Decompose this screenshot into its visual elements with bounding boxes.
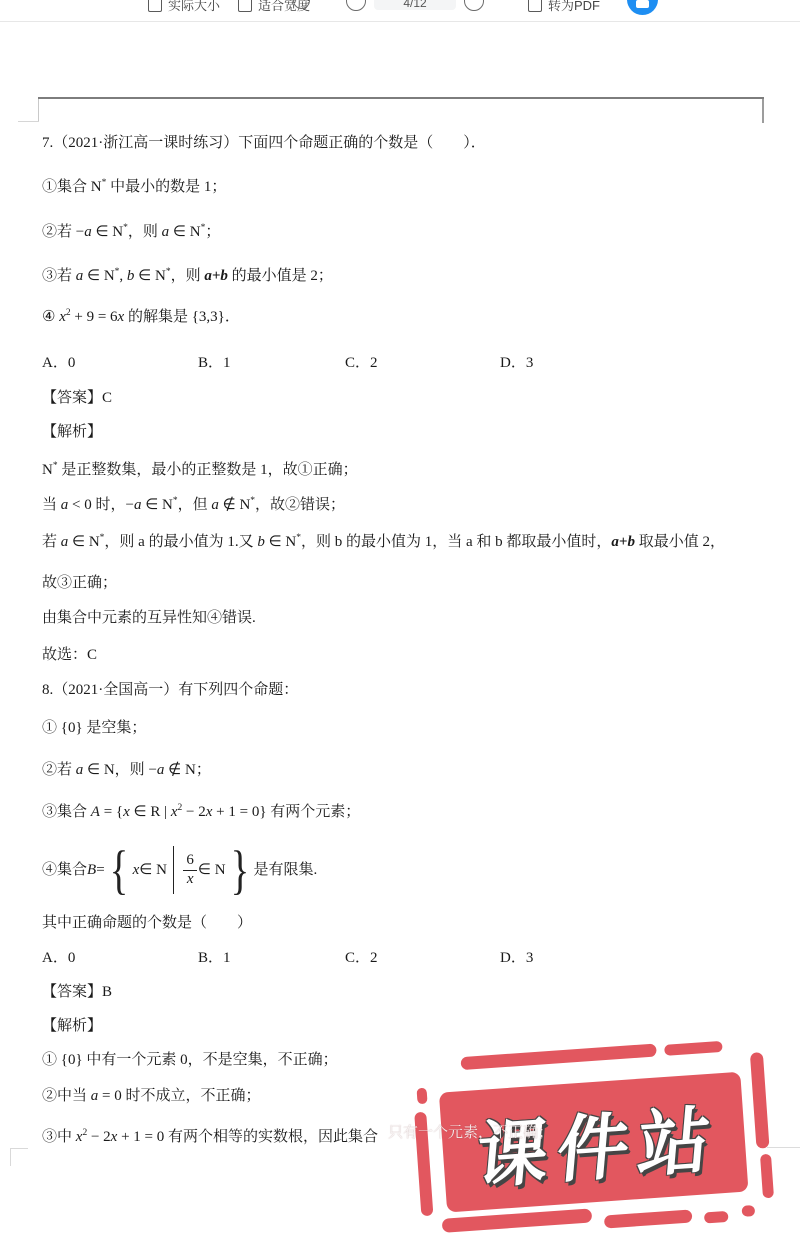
zoom-in-button[interactable] <box>464 0 484 11</box>
viewer-toolbar: 实际大小 适合宽度 4/12 转为PDF <box>0 0 800 22</box>
stamp-border-stroke <box>704 1211 729 1224</box>
page-frame-left-tick <box>38 99 39 122</box>
q7-answer-label: 【答案】 <box>42 390 102 406</box>
q7-answer-value: C <box>102 390 112 406</box>
document-viewer: 实际大小 适合宽度 4/12 转为PDF 7.（2021·浙江高一课时练习）下面… <box>0 0 800 1250</box>
q8-item-3: ③集合 A = {x ∈ R | x2 − 2x + 1 = 0} 有两个元素； <box>42 798 360 822</box>
q7-item-4: ④ x2 + 9 = 6x 的解集是 {3,3}． <box>42 303 240 327</box>
stamp-border-stroke <box>417 1088 428 1105</box>
q8-option-c: C．2 <box>345 948 378 968</box>
q8-analysis-3: ③中 x2 − 2x + 1 = 0 有两个相等的实数根，因此集合 <box>42 1123 378 1147</box>
q8-item4-in-n2: ∈ N <box>198 860 226 880</box>
q8-item4-equals: = <box>96 860 104 880</box>
q7-analysis-5: 由集合中元素的互异性知④错误. <box>42 608 256 628</box>
fraction-6-over-x: 6 x <box>182 852 198 888</box>
q7-option-b: B．1 <box>198 353 231 373</box>
page-indicator-value: 4/12 <box>403 0 426 10</box>
q7-option-a: A．0 <box>42 353 75 373</box>
q7-item-1: ①集合 N* 中最小的数是 1； <box>42 173 226 197</box>
convert-pdf-label: 转为PDF <box>548 0 600 14</box>
watermark-stamp: 课件站 <box>415 1048 792 1245</box>
text-boundary-mark-bottom-left <box>10 1148 28 1149</box>
q7-analysis-4: 故③正确； <box>42 573 117 593</box>
fit-width-icon <box>238 0 252 12</box>
stamp-border-stroke <box>664 1041 723 1056</box>
q8-stem: 其中正确命题的个数是（ ） <box>42 913 252 933</box>
stamp-border-stroke <box>750 1052 770 1149</box>
q8-option-a: A．0 <box>42 948 75 968</box>
q8-option-d: D．3 <box>500 948 533 968</box>
q7-title: 7.（2021·浙江高一课时练习）下面四个命题正确的个数是（ ）． <box>42 133 486 153</box>
actual-size-icon <box>148 0 162 12</box>
q8-item4-in-n1: ∈ N <box>139 860 167 880</box>
q8-item4-x: x <box>133 860 140 880</box>
q7-option-c: C．2 <box>345 353 378 373</box>
page-indicator[interactable]: 4/12 <box>374 0 456 10</box>
page-frame-top-border <box>38 97 764 99</box>
right-brace: } <box>230 841 249 899</box>
q8-answer: 【答案】B <box>42 982 112 1002</box>
q7-analysis-1: N* 是正整数集，最小的正整数是 1，故①正确； <box>42 456 358 480</box>
zoom-out-button[interactable] <box>346 0 366 11</box>
q7-analysis-label: 【解析】 <box>42 422 102 442</box>
q8-title: 8.（2021·全国高一）有下列四个命题： <box>42 680 298 700</box>
q7-item-3: ③若 a ∈ N*, b ∈ N*，则 a+b 的最小值是 2； <box>42 262 333 286</box>
q8-analysis-1: ① {0} 中有一个元素 0，不是空集，不正确； <box>42 1050 338 1070</box>
actual-size-button[interactable]: 实际大小 <box>148 0 220 14</box>
stamp-border-stroke <box>442 1208 593 1232</box>
fraction-denominator: x <box>183 870 198 888</box>
assistant-icon <box>636 0 649 8</box>
q7-option-d: D．3 <box>500 353 533 373</box>
q8-item-1: ① {0} 是空集； <box>42 718 146 738</box>
q7-analysis-2: 当 a < 0 时，−a ∈ N*，但 a ∉ N*，故②错误； <box>42 491 345 515</box>
fraction-numerator: 6 <box>182 852 198 869</box>
q8-option-b: B．1 <box>198 948 231 968</box>
page-frame-right-tick <box>762 99 764 123</box>
stamp-border-stroke <box>760 1154 774 1199</box>
left-brace: { <box>109 841 128 899</box>
text-boundary-mark-top-left <box>18 121 39 122</box>
q8-answer-label: 【答案】 <box>42 984 102 1000</box>
q8-analysis-3-tail-overlay: 只有一个元素，不正确； <box>388 1123 553 1143</box>
q8-item-2: ②若 a ∈ N，则 −a ∉ N； <box>42 760 211 780</box>
q8-analysis-label: 【解析】 <box>42 1016 102 1036</box>
q7-answer: 【答案】C <box>42 388 112 408</box>
assistant-button[interactable] <box>627 0 658 15</box>
q8-answer-value: B <box>102 984 112 1000</box>
q8-item4-suffix: 是有限集. <box>253 860 317 880</box>
convert-pdf-button[interactable]: 转为PDF <box>528 0 600 14</box>
q8-item4-set-var: B <box>87 860 96 880</box>
q7-analysis-3: 若 a ∈ N*，则 a 的最小值为 1.又 b ∈ N*，则 b 的最小值为 … <box>42 528 725 552</box>
stamp-border-stroke <box>604 1209 693 1228</box>
q7-item-2: ②若 −a ∈ N*，则 a ∈ N*； <box>42 218 220 242</box>
actual-size-label: 实际大小 <box>168 0 220 14</box>
set-builder-bar <box>173 846 175 894</box>
q8-analysis-2: ②中当 a = 0 时不成立，不正确； <box>42 1086 261 1106</box>
text-boundary-mark-bottom-left-v <box>10 1148 11 1166</box>
q8-item-4: ④集合 B = { x ∈ N 6 x ∈ N } 是有限集. <box>42 839 317 901</box>
pdf-icon <box>528 0 542 12</box>
q7-conclusion: 故选：C <box>42 645 97 665</box>
q8-item4-prefix: ④集合 <box>42 860 87 880</box>
stamp-border-stroke <box>742 1205 756 1217</box>
toolbar-divider <box>0 21 800 22</box>
